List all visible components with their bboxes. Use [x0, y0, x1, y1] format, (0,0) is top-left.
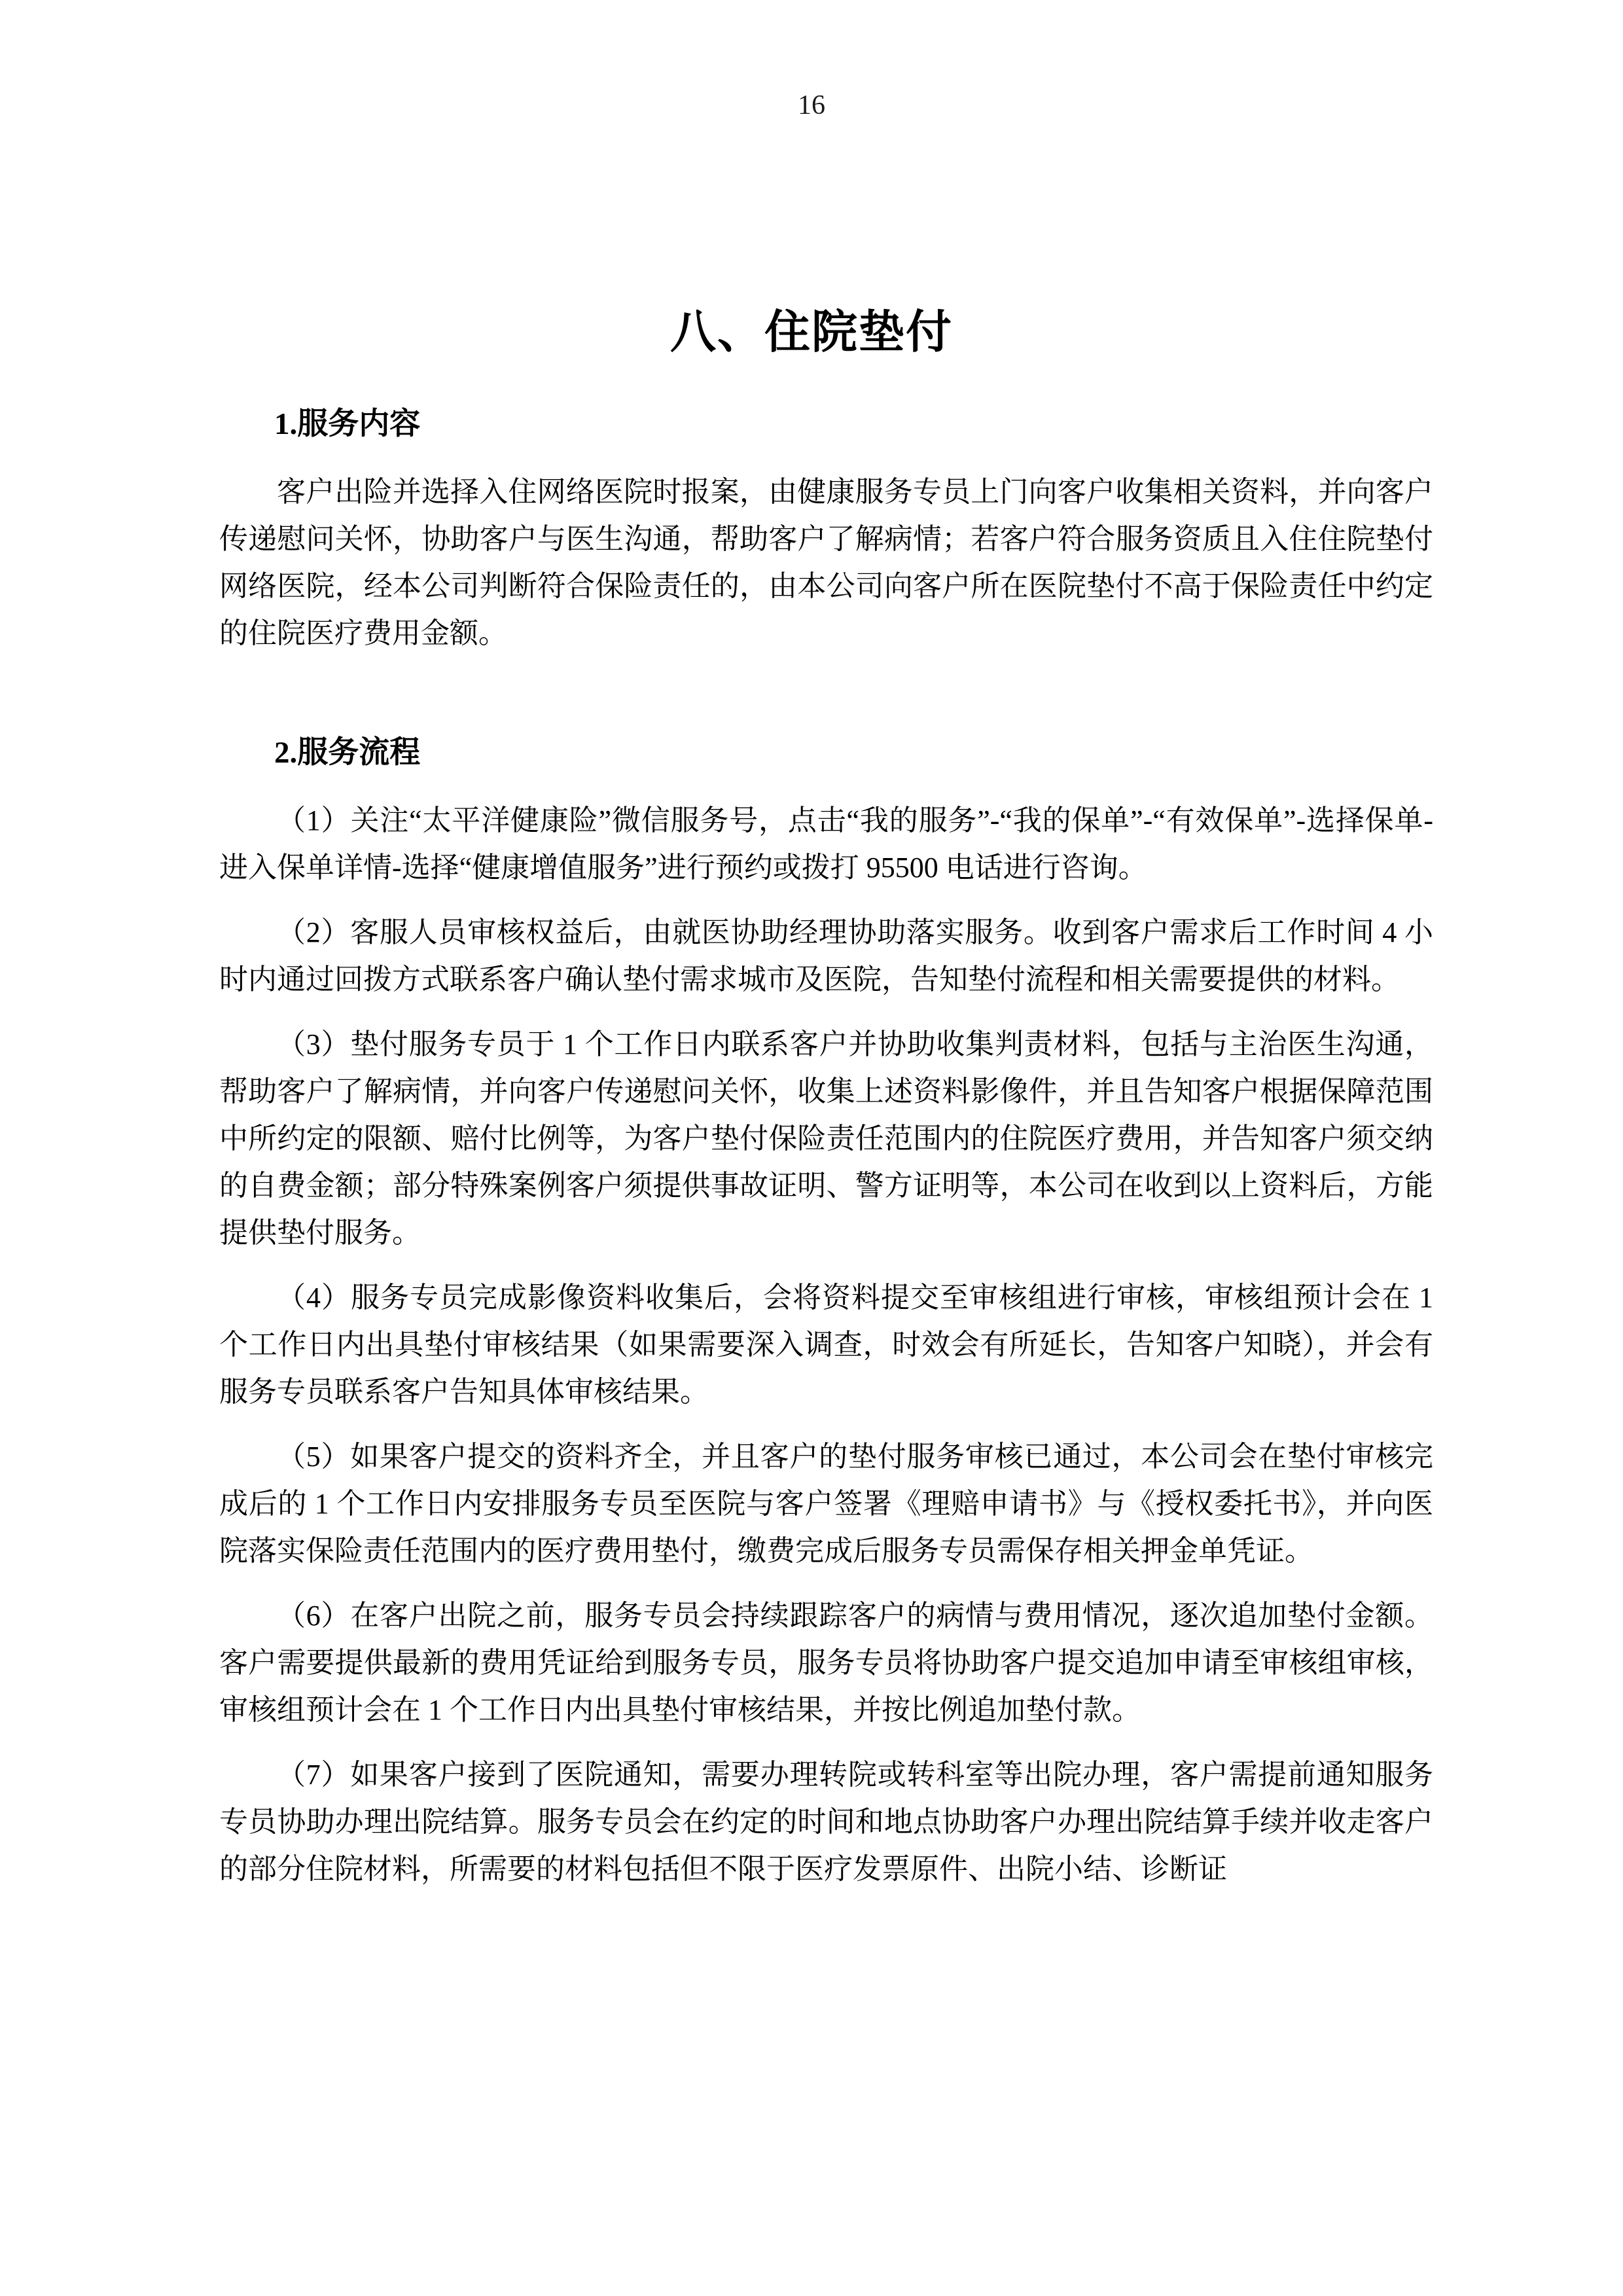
section-2-step-4: （4）服务专员完成影像资料收集后，会将资料提交至审核组进行审核，审核组预计会在 … [219, 1274, 1433, 1416]
section-1-paragraph-service-content: 客户出险并选择入住网络医院时报案，由健康服务专员上门向客户收集相关资料，并向客户… [219, 469, 1433, 657]
section-2-step-2: （2）客服人员审核权益后，由就医协助经理协助落实服务。收到客户需求后工作时间 4… [219, 909, 1433, 1003]
section-2-step-5: （5）如果客户提交的资料齐全，并且客户的垫付服务审核已通过，本公司会在垫付审核完… [219, 1433, 1433, 1575]
section-2-step-7: （7）如果客户接到了医院通知，需要办理转院或转科室等出院办理，客户需提前通知服务… [219, 1751, 1433, 1893]
page-number: 16 [0, 0, 1623, 120]
section-2-step-6: （6）在客户出院之前，服务专员会持续跟踪客户的病情与费用情况，逐次追加垫付金额。… [219, 1592, 1433, 1734]
section-2-step-1: （1）关注“太平洋健康险”微信服务号，点击“我的服务”-“我的保单”-“有效保单… [219, 797, 1433, 891]
section-1-heading: 1.服务内容 [274, 406, 1433, 442]
section-2-heading: 2.服务流程 [274, 734, 1433, 771]
document-body: 1.服务内容 客户出险并选择入住网络医院时报案，由健康服务专员上门向客户收集相关… [219, 406, 1433, 1893]
document-title: 八、住院垫付 [0, 307, 1623, 360]
document-page: 16 八、住院垫付 1.服务内容 客户出险并选择入住网络医院时报案，由健康服务专… [0, 0, 1623, 2296]
section-2-step-3: （3）垫付服务专员于 1 个工作日内联系客户并协助收集判责材料，包括与主治医生沟… [219, 1021, 1433, 1257]
